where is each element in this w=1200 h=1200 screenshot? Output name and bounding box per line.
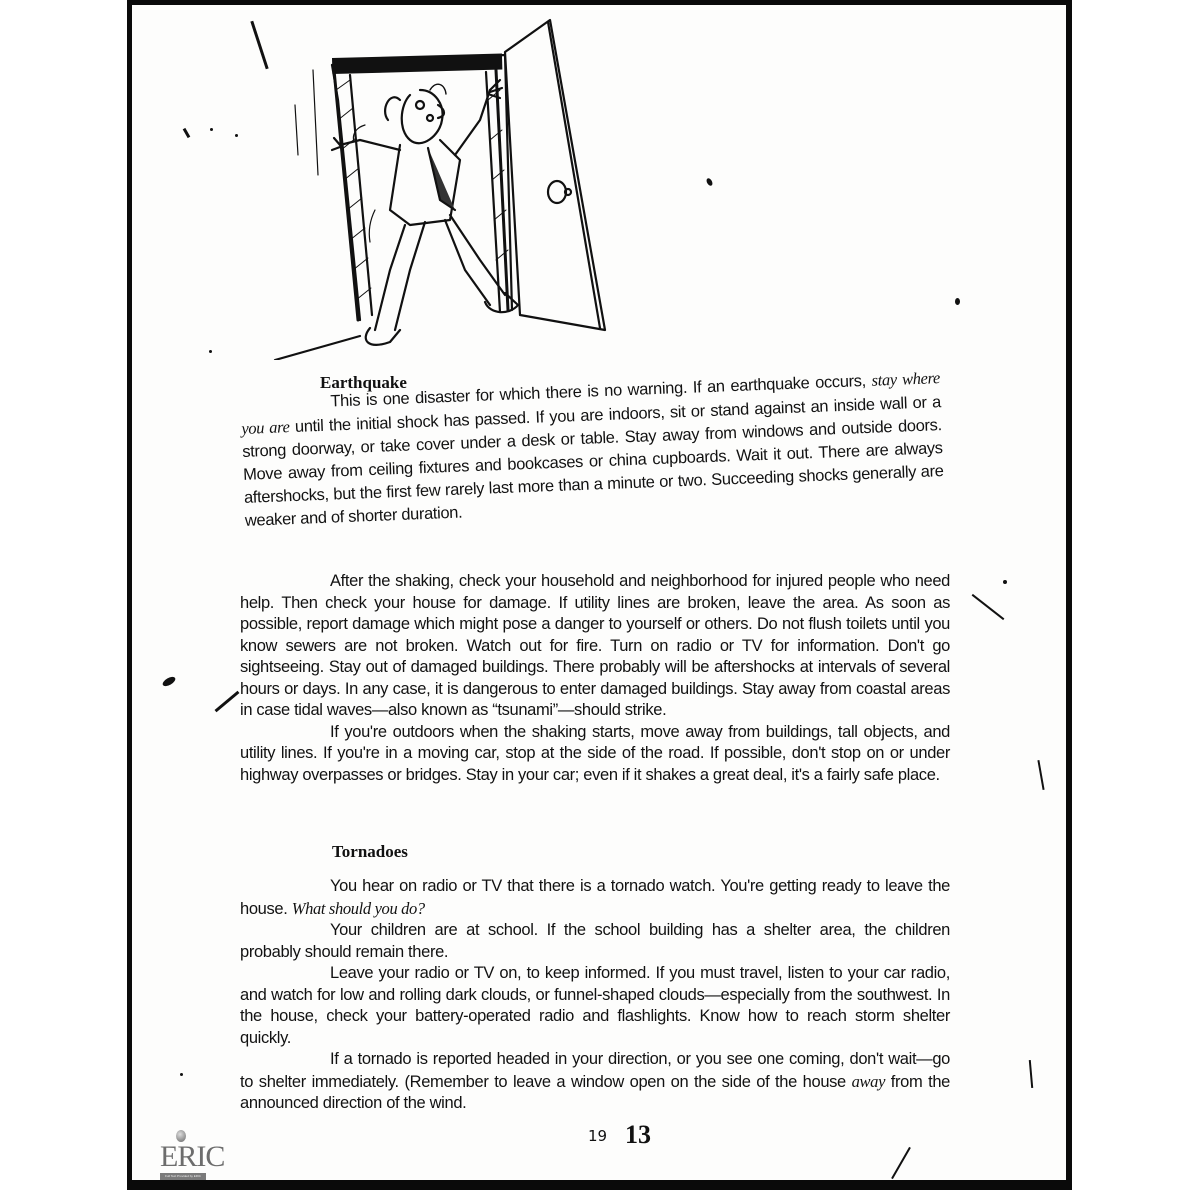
earthquake-paragraph-1: This is one disaster for which there is … xyxy=(240,366,945,533)
paragraph-text: until the initial shock has passed. If y… xyxy=(242,393,944,530)
paragraph: If you're outdoors when the shaking star… xyxy=(240,722,950,787)
paragraph: You hear on radio or TV that there is a … xyxy=(240,876,950,920)
doorway-man-illustration xyxy=(250,10,650,360)
paragraph: Leave your radio or TV on, to keep infor… xyxy=(240,963,950,1049)
page-number: 19 xyxy=(588,1127,607,1145)
paragraph: Your children are at school. If the scho… xyxy=(240,920,950,963)
paragraph-text: After the shaking, check your household … xyxy=(240,572,950,719)
eric-logo-subtext: Full Text Provided by ERIC xyxy=(160,1173,206,1180)
tornadoes-paragraphs: You hear on radio or TV that there is a … xyxy=(240,876,950,1115)
stamp-number: 13 xyxy=(625,1120,651,1150)
paragraph-text: If a tornado is reported headed in your … xyxy=(240,1050,950,1091)
emphasis-text: What should you do? xyxy=(292,899,425,918)
scan-mark xyxy=(209,350,212,353)
eric-logo: ERIC Full Text Provided by ERIC xyxy=(160,1130,220,1185)
earthquake-paragraphs-2-3: After the shaking, check your household … xyxy=(240,571,950,786)
scan-mark xyxy=(180,1073,183,1076)
paragraph: After the shaking, check your household … xyxy=(240,571,950,722)
paragraph: If a tornado is reported headed in your … xyxy=(240,1049,950,1115)
scan-mark xyxy=(1003,580,1007,584)
eric-logo-text: ERIC xyxy=(160,1142,224,1172)
section-heading-tornadoes: Tornadoes xyxy=(332,842,408,862)
scan-mark xyxy=(955,298,960,305)
paragraph-text: If you're outdoors when the shaking star… xyxy=(240,723,950,784)
scan-mark xyxy=(235,134,238,137)
emphasis-text: away xyxy=(852,1072,885,1091)
paragraph-text: Leave your radio or TV on, to keep infor… xyxy=(240,964,950,1047)
paragraph: This is one disaster for which there is … xyxy=(240,366,945,533)
scan-mark xyxy=(210,128,213,131)
paragraph-text: Your children are at school. If the scho… xyxy=(240,921,950,961)
